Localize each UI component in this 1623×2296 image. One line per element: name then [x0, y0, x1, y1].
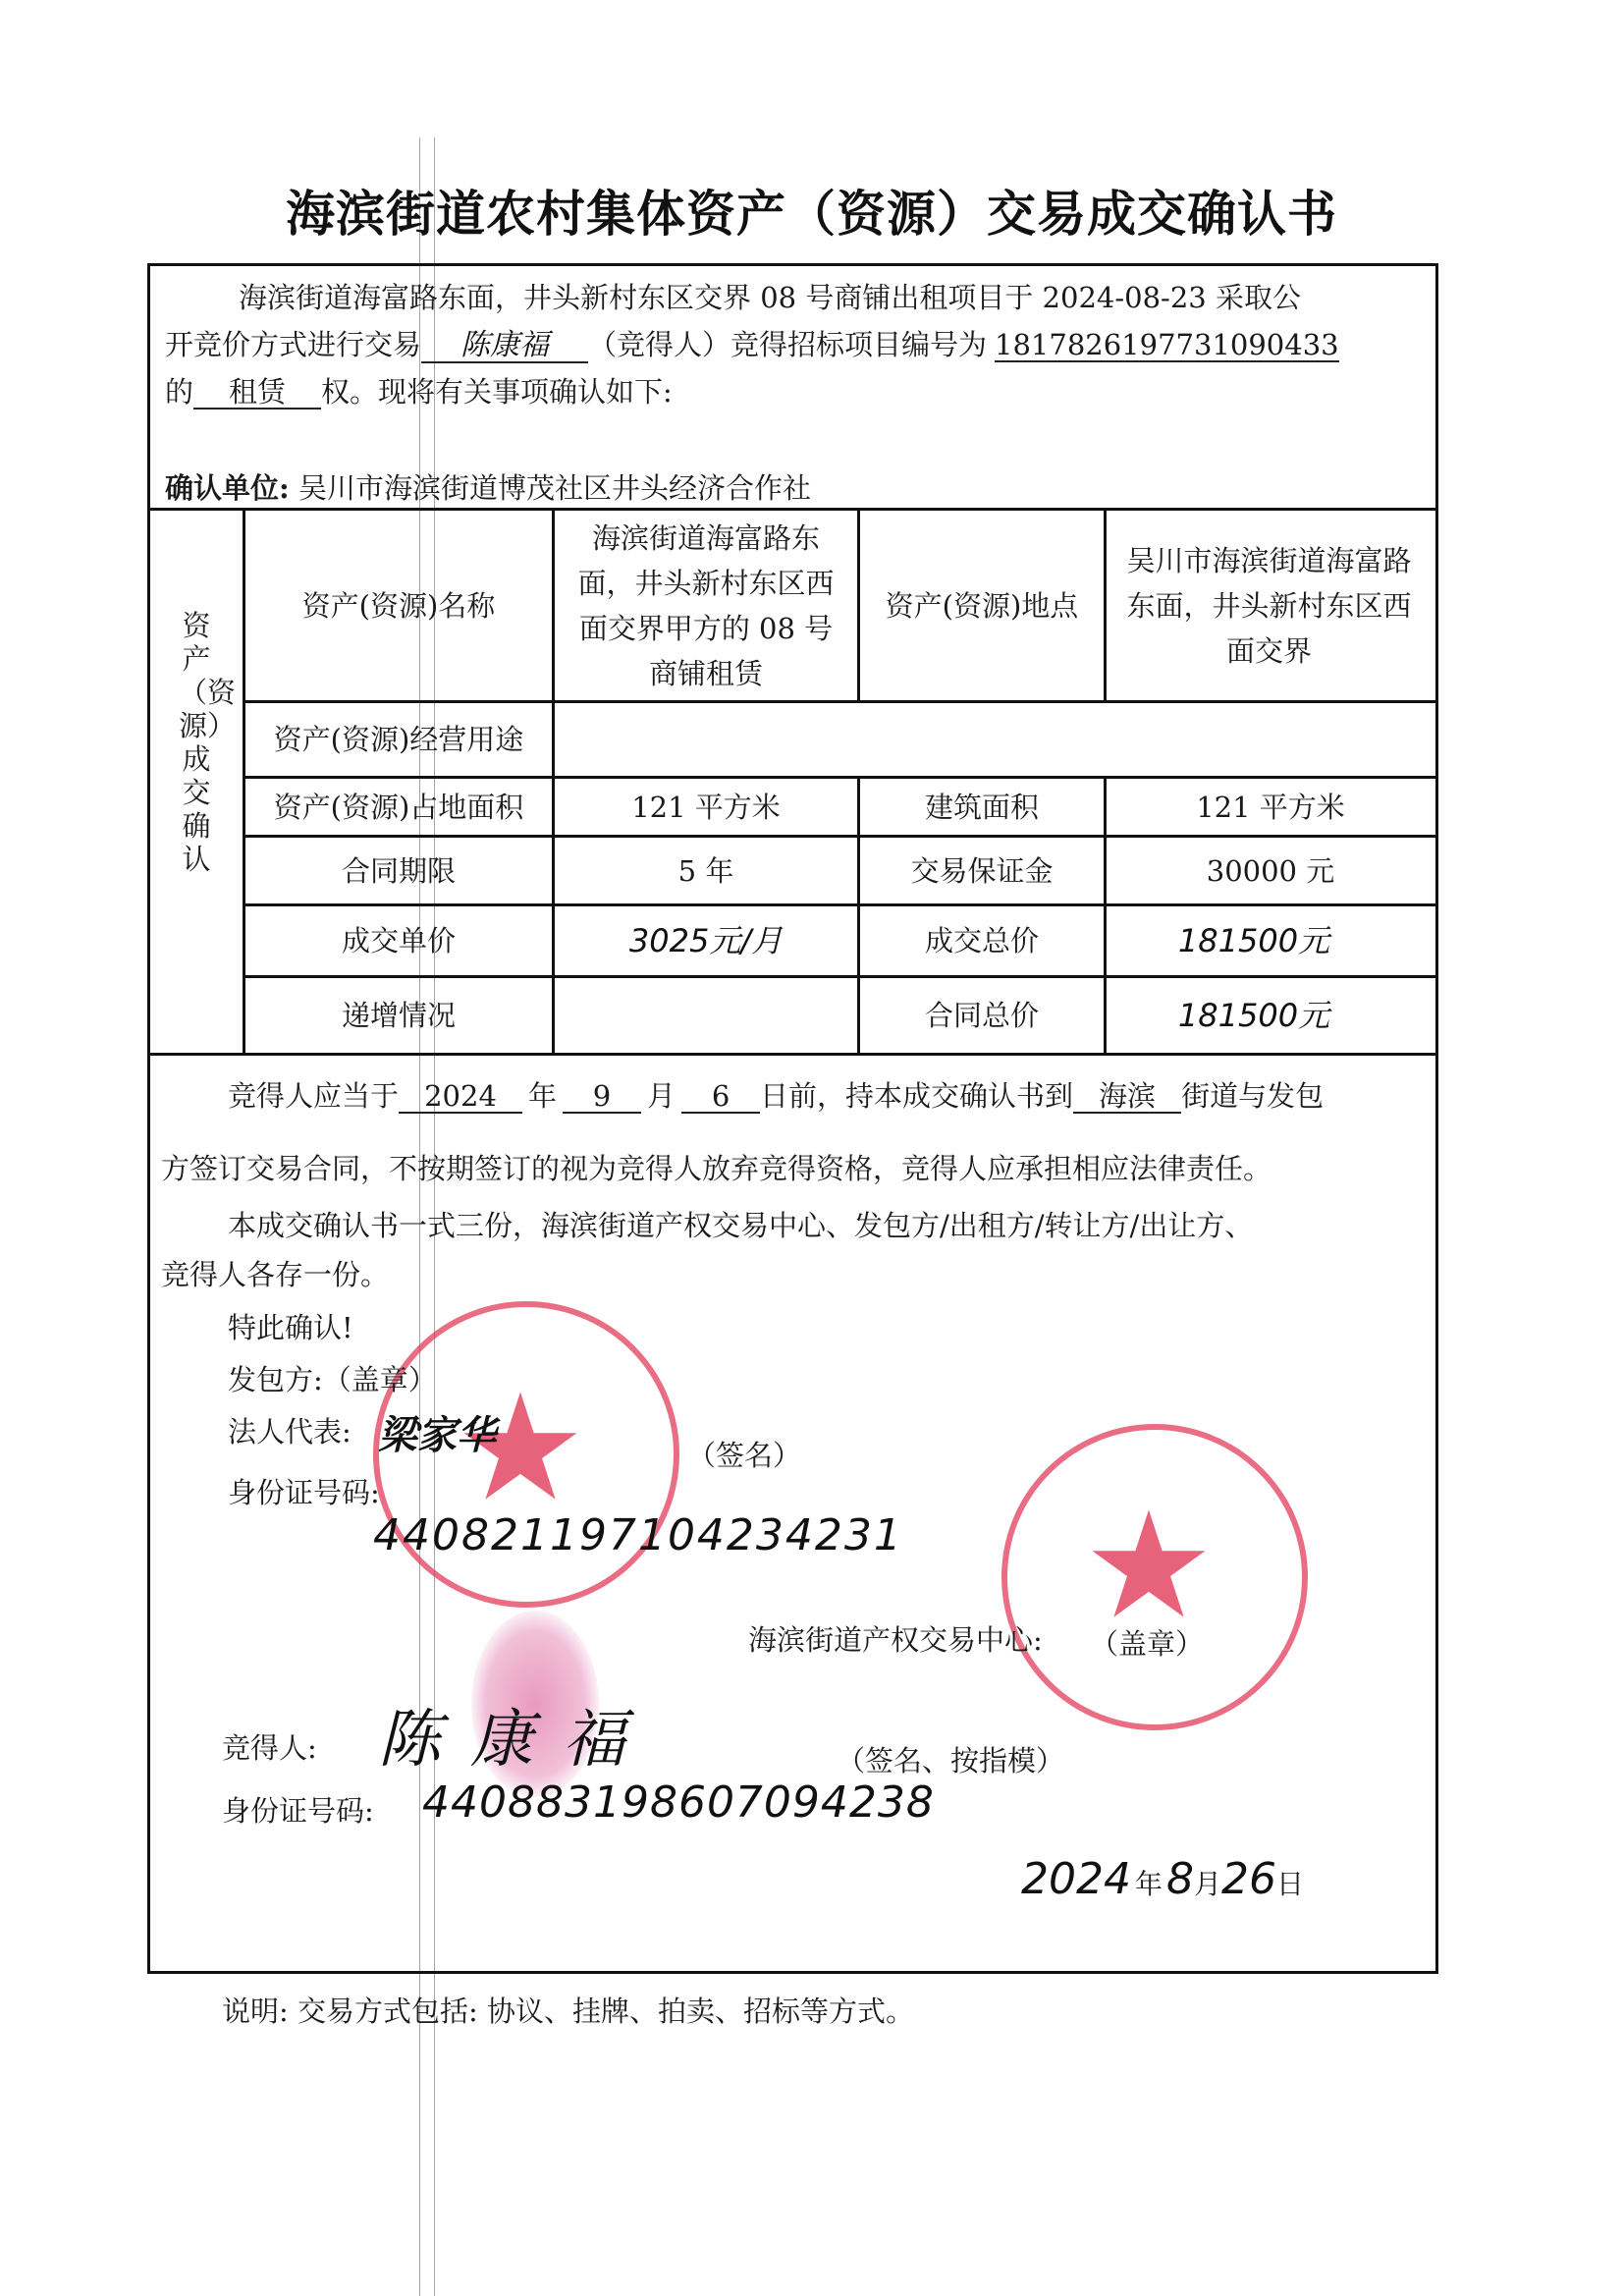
contract-total-label: 合同总价 — [860, 978, 1104, 1053]
winner-name-handwritten: 陈康福 — [421, 330, 588, 363]
bidder-note: （签名、按指模） — [837, 1743, 1064, 1778]
contract-total-value: 181500元 — [1107, 978, 1401, 1053]
issuer-id-value: 440821197104234231 — [373, 1510, 903, 1560]
bidder-signature: 陈康福 — [378, 1689, 655, 1779]
intro-line-1: 海滨街道海富路东面，井头新村东区交界 08 号商铺出租项目于 2024-08-2… — [239, 280, 1301, 315]
center-label: 海滨街道产权交易中心: — [748, 1622, 1043, 1658]
table-col-line — [1104, 508, 1107, 700]
intro-line-3-prefix: 的 — [165, 375, 193, 409]
bidder-id-label: 身份证号码: — [222, 1793, 374, 1829]
total-price-value: 181500元 — [1107, 906, 1401, 975]
total-price-label: 成交总价 — [860, 906, 1104, 975]
signed-month-unit: 月 — [1194, 1868, 1221, 1900]
copies-line-2: 竞得人各存一份。 — [161, 1257, 389, 1292]
land-area-value: 121 平方米 — [555, 779, 857, 835]
deposit-value: 30000 元 — [1107, 838, 1434, 903]
deadline-year: 2024 — [399, 1080, 522, 1114]
right-type: 租赁 — [193, 376, 321, 410]
deadline-month-unit: 月 — [647, 1079, 676, 1113]
building-area-label: 建筑面积 — [860, 779, 1104, 835]
document-title: 海滨街道农村集体资产（资源）交易成交确认书 — [0, 175, 1623, 246]
land-area-label: 资产(资源)占地面积 — [245, 779, 552, 835]
increase-label: 递增情况 — [245, 978, 552, 1053]
bidder-id-value: 440883198607094238 — [422, 1777, 935, 1828]
issuer-label: 发包方:（盖章） — [228, 1362, 437, 1397]
deadline-day-suffix: 日前，持本成交确认书到 — [760, 1079, 1073, 1113]
bidder-label: 竞得人: — [222, 1730, 317, 1766]
confirm-unit-value: 吴川市海滨街道博茂社区井头经济合作社 — [298, 471, 811, 505]
signed-day-unit: 日 — [1276, 1868, 1304, 1900]
center-stamp-note: （盖章） — [1090, 1626, 1204, 1662]
increase-value — [555, 978, 857, 1053]
unit-price-label: 成交单价 — [245, 906, 552, 975]
deadline-month: 9 — [563, 1080, 641, 1114]
deadline-street: 海滨 — [1073, 1080, 1181, 1114]
intro-line-2-mid: （竞得人）竞得招标项目编号为 — [588, 328, 987, 361]
project-number: 1817826197731090433 — [995, 329, 1339, 362]
signed-month: 8 — [1166, 1854, 1194, 1904]
asset-location-label: 资产(资源)地点 — [860, 511, 1104, 700]
legal-rep-signature: 梁家华 — [378, 1404, 496, 1460]
building-area-value: 121 平方米 — [1107, 779, 1434, 835]
copies-line-1: 本成交确认书一式三份，海滨街道产权交易中心、发包方/出租方/转让方/出让方、 — [228, 1208, 1253, 1243]
legal-rep-sign-note: （签名） — [687, 1438, 801, 1473]
unit-price-value: 3025元/月 — [555, 906, 857, 975]
deadline-prefix: 竞得人应当于 — [228, 1079, 399, 1113]
signed-date: 2024年8月26日 — [1021, 1854, 1304, 1904]
deadline-line-1: 竞得人应当于2024年9月6日前，持本成交确认书到海滨街道与发包 — [228, 1078, 1324, 1114]
asset-name-label: 资产(资源)名称 — [245, 511, 552, 700]
intro-line-3: 的租赁权。现将有关事项确认如下: — [165, 374, 673, 410]
deadline-year-unit: 年 — [528, 1079, 557, 1113]
asset-location-value: 吴川市海滨街道海富路东面，井头新村东区西面交界 — [1114, 511, 1424, 700]
term-value: 5 年 — [555, 838, 857, 903]
legal-rep-label: 法人代表: — [228, 1414, 352, 1449]
term-label: 合同期限 — [245, 838, 552, 903]
intro-line-2-prefix: 开竞价方式进行交易 — [165, 328, 421, 361]
deposit-label: 交易保证金 — [860, 838, 1104, 903]
signed-day: 26 — [1221, 1854, 1276, 1904]
signed-year: 2024 — [1021, 1854, 1131, 1904]
confirm-text: 特此确认! — [228, 1310, 353, 1345]
deadline-suffix: 街道与发包 — [1181, 1079, 1324, 1113]
usage-label: 资产(资源)经营用途 — [245, 703, 552, 776]
table-border-bottom — [147, 1053, 1435, 1056]
table-side-label: 资产（资源）成交确认 — [179, 609, 214, 876]
confirm-unit: 确认单位: 吴川市海滨街道博茂社区井头经济合作社 — [165, 470, 811, 506]
deadline-day: 6 — [681, 1080, 760, 1114]
intro-line-3-suffix: 权。现将有关事项确认如下: — [321, 375, 673, 409]
usage-value — [555, 703, 1434, 776]
signed-year-unit: 年 — [1135, 1868, 1163, 1900]
deadline-line-2: 方签订交易合同，不按期签订的视为竞得人放弃竞得资格，竞得人应承担相应法律责任。 — [161, 1151, 1271, 1186]
footer-note: 说明: 交易方式包括: 协议、挂牌、拍卖、招标等方式。 — [222, 1994, 914, 2029]
confirm-unit-label: 确认单位: — [165, 471, 290, 505]
intro-line-2: 开竞价方式进行交易陈康福（竞得人）竞得招标项目编号为18178261977310… — [165, 327, 1339, 363]
asset-name-value: 海滨街道海富路东面，井头新村东区西面交界甲方的 08 号商铺租赁 — [568, 511, 844, 700]
issuer-id-label: 身份证号码: — [228, 1475, 380, 1510]
